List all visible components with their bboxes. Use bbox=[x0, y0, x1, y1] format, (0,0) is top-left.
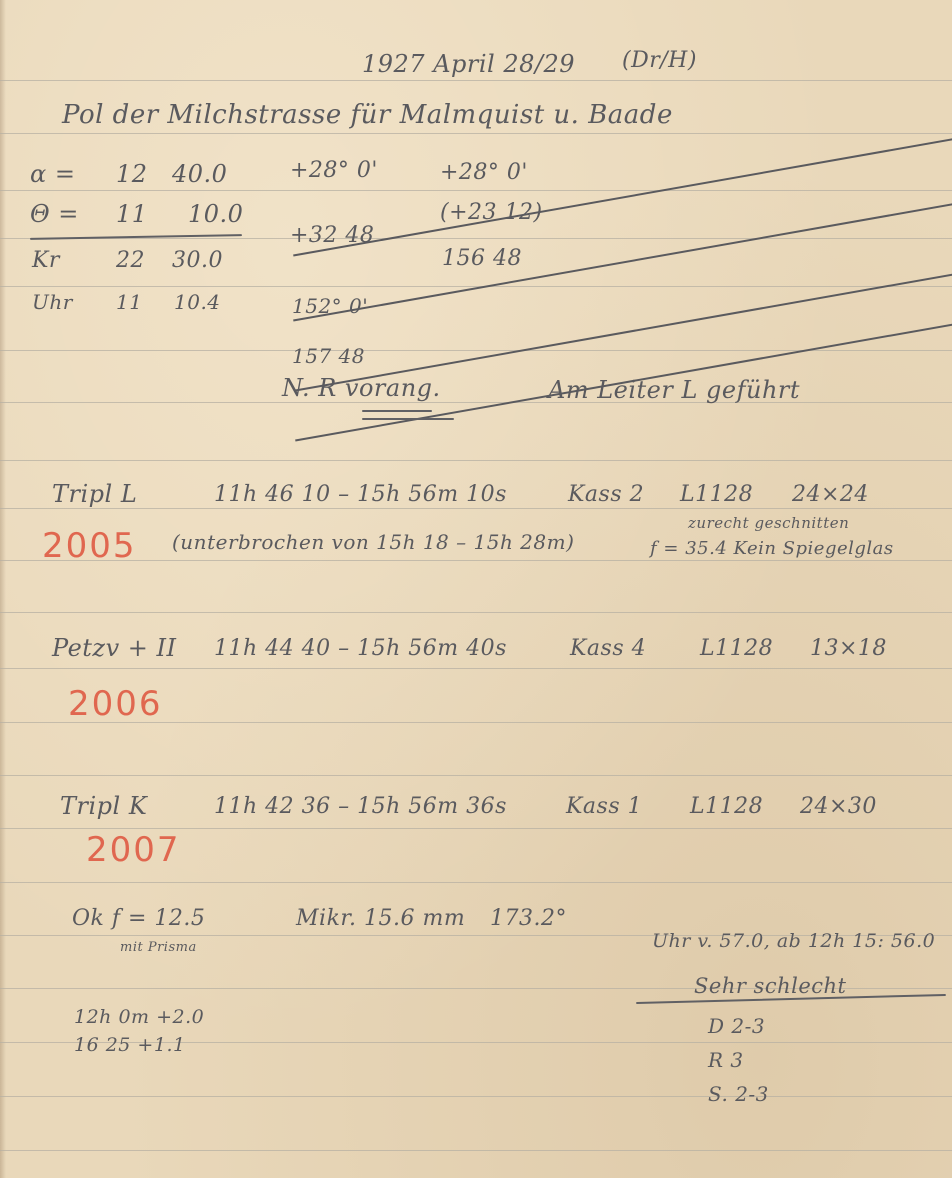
ruled-line bbox=[0, 612, 952, 613]
notebook-page: 1927 April 28/29 (Dr/H) Pol der Milchstr… bbox=[0, 0, 952, 1178]
observers: (Dr/H) bbox=[622, 48, 697, 73]
rating-r: R 3 bbox=[708, 1048, 744, 1072]
plate-number: 2007 bbox=[86, 830, 181, 870]
cassette: Kass 2 bbox=[568, 482, 644, 507]
alpha-minutes: 40.0 bbox=[172, 160, 227, 188]
uhr-label: Uhr bbox=[32, 290, 73, 314]
ruled-line bbox=[0, 775, 952, 776]
time-reading: 12h 0m +2.0 bbox=[74, 1006, 204, 1028]
ruled-line bbox=[0, 828, 952, 829]
cassette: Kass 1 bbox=[566, 794, 642, 819]
kr-label: Kr bbox=[32, 248, 60, 273]
heading-underline bbox=[362, 418, 454, 420]
binding-edge bbox=[0, 0, 6, 1178]
plate-type: L1128 bbox=[690, 794, 763, 819]
plate-size: 13×18 bbox=[810, 636, 887, 661]
heading-underline bbox=[362, 410, 432, 412]
micrometer-reading: Mikr. 15.6 mm bbox=[296, 906, 465, 931]
plate-size: 24×30 bbox=[800, 794, 877, 819]
kr-hours: 22 bbox=[116, 248, 145, 273]
theta-minutes: 10.0 bbox=[188, 200, 243, 228]
cassette: Kass 4 bbox=[570, 636, 646, 661]
kr-minutes: 30.0 bbox=[172, 248, 223, 273]
alpha-label: α = bbox=[30, 160, 75, 188]
rating-s: S. 2-3 bbox=[708, 1082, 769, 1106]
plate-number: 2006 bbox=[68, 684, 163, 724]
rating-d: D 2-3 bbox=[708, 1014, 765, 1038]
ruled-line bbox=[0, 560, 952, 561]
ruled-line bbox=[0, 668, 952, 669]
seeing-quality: Sehr schlecht bbox=[694, 974, 847, 998]
instrument-name: Petzv + II bbox=[52, 634, 176, 662]
angle-reading: 173.2° bbox=[490, 906, 567, 931]
instrument-name: Tripl K bbox=[60, 792, 147, 820]
uhr-minutes: 10.4 bbox=[174, 290, 221, 314]
ruled-line bbox=[0, 1150, 952, 1151]
struck-value: 157 48 bbox=[292, 344, 952, 368]
struck-value: +32 48 bbox=[290, 223, 952, 248]
theta-hours: 11 bbox=[116, 200, 148, 228]
theta-declination: (+23 12) bbox=[440, 200, 543, 225]
exposure-time: 11h 46 10 – 15h 56m 10s bbox=[214, 482, 507, 507]
alpha-declination: +28° 0' bbox=[440, 160, 528, 185]
coordinates-block: α = 12 40.0 +28° 0' +28° 0' Θ = 11 10.0 … bbox=[0, 0, 952, 98]
ruled-line bbox=[0, 882, 952, 883]
ruled-line bbox=[0, 133, 952, 134]
plate-size: 24×24 bbox=[792, 482, 869, 507]
plate-type: L1128 bbox=[700, 636, 773, 661]
struck-value: +28° 0' bbox=[290, 158, 952, 183]
section-heading: N. R vorang. bbox=[282, 374, 441, 402]
struck-value: 152° 0' bbox=[292, 294, 952, 318]
exposure-time: 11h 42 36 – 15h 56m 36s bbox=[214, 794, 507, 819]
entry-date: 1927 April 28/29 bbox=[362, 50, 575, 78]
time-reading: 16 25 +1.1 bbox=[74, 1034, 186, 1056]
ruled-line bbox=[0, 1096, 952, 1097]
plate-type: L1128 bbox=[680, 482, 753, 507]
theta-label: Θ = bbox=[30, 200, 79, 228]
ocular-sub-note: mit Prisma bbox=[120, 940, 197, 955]
ruled-line bbox=[0, 460, 952, 461]
ruled-line bbox=[0, 190, 952, 191]
plate-number: 2005 bbox=[42, 526, 137, 566]
ruled-line bbox=[0, 508, 952, 509]
page-title: Pol der Milchstrasse für Malmquist u. Ba… bbox=[62, 100, 673, 130]
section-note: Am Leiter L geführt bbox=[548, 376, 800, 404]
exposure-time: 11h 44 40 – 15h 56m 40s bbox=[214, 636, 507, 661]
ruled-line bbox=[0, 80, 952, 81]
alpha-hours: 12 bbox=[116, 160, 148, 188]
ocular-focal-length: Ok f = 12.5 bbox=[72, 906, 205, 931]
side-note: f = 35.4 Kein Spiegelglas bbox=[650, 538, 894, 559]
ruled-line bbox=[0, 402, 952, 403]
interruption-remark: (unterbrochen von 15h 18 – 15h 28m) bbox=[172, 530, 574, 554]
side-note: zurecht geschnitten bbox=[688, 514, 849, 532]
instrument-name: Tripl L bbox=[52, 480, 137, 508]
clock-note: Uhr v. 57.0, ab 12h 15: 56.0 bbox=[652, 930, 935, 952]
uhr-hours: 11 bbox=[116, 290, 142, 314]
kr-value: 156 48 bbox=[442, 246, 522, 271]
